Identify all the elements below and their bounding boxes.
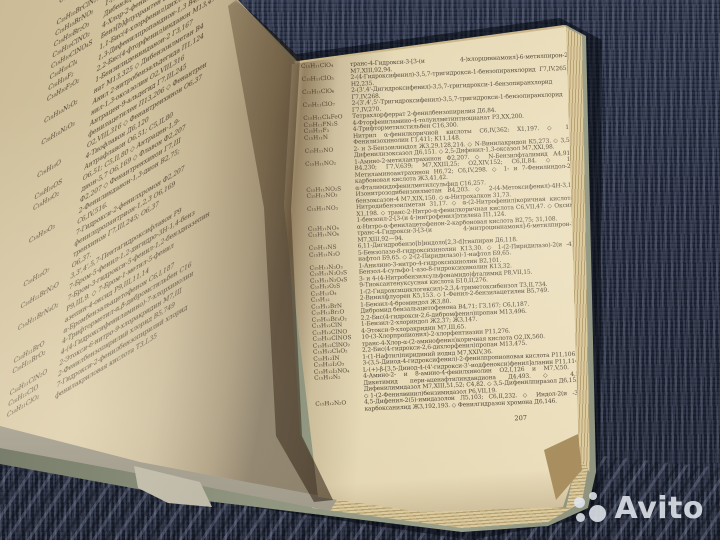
avito-logo-circle (576, 513, 585, 522)
avito-logo-circle (574, 497, 585, 508)
avito-watermark: Avito (574, 492, 704, 526)
avito-logo-icon (574, 492, 608, 526)
avito-logo-circle (589, 505, 606, 522)
avito-logo-circle (589, 492, 597, 500)
photo-open-book-on-carpet: C₁₈H₁₀N₂O₅SПикразолин В5,П1,2466-Бром-2-… (0, 0, 720, 540)
avito-wordmark: Avito (615, 494, 704, 524)
